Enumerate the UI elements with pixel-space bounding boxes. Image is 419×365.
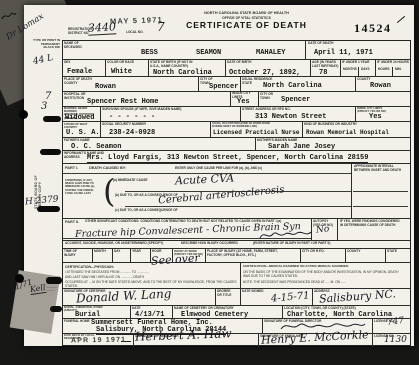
index-tab bbox=[43, 116, 61, 122]
local-no-label: LOCAL NO. bbox=[126, 31, 143, 35]
row-hospital: HOSPITAL OR INSTITUTION Spencer Rest Hom… bbox=[63, 92, 410, 107]
punch-hole bbox=[15, 274, 24, 283]
res-city-value: Spencer bbox=[281, 96, 310, 104]
field-cemetery-location: LOCATION (CITY, TOWN, OR COUNTY) (STATE)… bbox=[283, 306, 410, 318]
field-informant: INFORMANT'S NAME AND ADDRESS Mrs. Lloyd … bbox=[63, 151, 410, 163]
field-citizen: CITIZEN OF WHAT COUNTRY U. S. A. bbox=[63, 122, 101, 137]
embalmer-sig-label: SIGNATURE OF EMBALMER bbox=[260, 335, 303, 339]
field-director-signature: SIGNATURE OF FUNERAL DIRECTOR bbox=[263, 319, 373, 333]
dod-value: April 11, 1971 bbox=[314, 49, 373, 57]
sex-value: Female bbox=[67, 68, 92, 76]
field-injury-at-work: INJURY AT WORK (SPECIFY YES OR NO) bbox=[173, 249, 206, 262]
field-mother: MOTHER'S MAIDEN NAME Sarah Jane Josey bbox=[256, 138, 410, 150]
director-sig-label: SIGNATURE OF FUNERAL DIRECTOR bbox=[264, 320, 321, 324]
part1-label: PART I. bbox=[65, 166, 78, 171]
field-certifier-address: ADDRESS bbox=[313, 289, 410, 305]
field-age: AGE (IN YEARS LAST BIRTHDAY) 78 bbox=[311, 60, 341, 76]
field-date-of-birth: DATE OF BIRTH October 27, 1892, bbox=[226, 60, 311, 76]
scanned-death-certificate: TYPE OR PRINT IN PERMANENT BLACK INK MAY… bbox=[0, 0, 419, 365]
field-accident: ACCIDENT, SUICIDE, HOMICIDE, OR UNDETERM… bbox=[63, 241, 410, 248]
certificate-paper: TYPE OR PRINT IN PERMANENT BLACK INK MAY… bbox=[24, 5, 414, 346]
u1-months-label: MONTHS bbox=[343, 68, 357, 72]
pod-label: PLACE OF DEATH COUNTY bbox=[64, 78, 92, 86]
row-citizen: CITIZEN OF WHAT COUNTRY U. S. A. SOCIAL … bbox=[63, 122, 410, 138]
field-residence-state: USUAL RESIDENCE STATE North Carolina bbox=[241, 77, 356, 91]
field-father: FATHER'S NAME O. C. Seamon bbox=[63, 138, 256, 150]
field-funeral-home: FUNERAL HOME Summersett Funeral Home, In… bbox=[63, 319, 263, 333]
cemetery-value: Elmwood Cemetery bbox=[181, 311, 248, 319]
cause-a-label: (a) IMMEDIATE CAUSE bbox=[113, 179, 147, 183]
cause-b-value: Cerebral arteriosclerosis bbox=[158, 185, 285, 207]
pod-city-value: Spencer bbox=[209, 83, 238, 91]
field-injury-day: DAY bbox=[113, 249, 131, 262]
industry-label: KIND OF BUSINESS OR INDUSTRY bbox=[304, 123, 357, 127]
res-state-value: North Carolina bbox=[263, 82, 322, 90]
u1-divider bbox=[358, 67, 359, 76]
spouse-label: SURVIVING SPOUSE (IF WIFE, GIVE MAIDEN N… bbox=[102, 108, 181, 112]
u24-hours-label: HOURS bbox=[378, 68, 390, 72]
margin-mark-3: 3 bbox=[41, 101, 47, 112]
row-name: NAME OF DECEASED BESS SEAMON MAHALEY DAT… bbox=[63, 41, 410, 60]
row-registrar: DATE REC'D BY LOCAL REGISTRAR SIGNATURE … bbox=[63, 334, 410, 347]
u24-divider bbox=[392, 67, 393, 76]
field-sex: SEX Female bbox=[63, 60, 106, 76]
icl2-value: Yes bbox=[369, 113, 382, 121]
year-label: YEAR bbox=[132, 250, 141, 254]
index-tab bbox=[46, 277, 62, 284]
row-certifier-signature: SIGNATURE OF CERTIFIER DEGREE OR TITLE D… bbox=[63, 289, 410, 306]
hospital-value: Spencer Rest Home bbox=[87, 98, 158, 106]
registrar-sig-label: SIGNATURE OF REGISTRAR bbox=[135, 335, 179, 339]
physician-cert-line3: OCCURRED AT ....M ON THE DATE STATED ABO… bbox=[65, 281, 237, 289]
citizen-value: U. S. A. bbox=[66, 129, 100, 137]
field-cause-of-death: PART I. DEATH CAUSED BY: ENTER ONLY ONE … bbox=[63, 164, 410, 218]
cause-c-label: (c) DUE TO, OR AS A CONSEQUENCE OF bbox=[115, 209, 178, 213]
date-signed-label: DATE SIGNED bbox=[242, 290, 264, 294]
field-inside-limits-2: INSIDE CITY LIMITS (SPECIFY YES OR NO) Y… bbox=[356, 107, 410, 121]
row-certification: CERTIFICATION—PHYSICIAN: I ATTENDED THE … bbox=[63, 263, 410, 289]
bstate-label: STATE OF BIRTH (IF NOT IN U.S.A., NAME C… bbox=[150, 61, 192, 69]
pen-slash bbox=[397, 16, 405, 23]
row-funeral-home: FUNERAL HOME Summersett Funeral Home, In… bbox=[63, 319, 410, 334]
row-injury-detail: TIME OF INJURY MONTH DAY YEAR HOUR INJUR… bbox=[63, 249, 410, 263]
industry-value: Rowan Memorial Hospital bbox=[306, 129, 389, 136]
informant-value: Mrs. Lloyd Fargis, 313 Newton Street, Sp… bbox=[87, 154, 368, 163]
burial-type-value: Burial bbox=[75, 311, 100, 319]
place-label: PLACE OF INJURY (AT HOME, FARM, STREET, … bbox=[207, 250, 278, 258]
field-injury-year: YEAR bbox=[131, 249, 151, 262]
row-marital: MARRIED, NEVER MARRIED, WIDOWED, DIVORCE… bbox=[63, 107, 410, 122]
row-vitals: SEX Female COLOR OR RACE White STATE OF … bbox=[63, 60, 410, 77]
field-director-license: LICENSE NO. bbox=[373, 319, 410, 333]
field-state-of-birth: STATE OF BIRTH (IF NOT IN U.S.A., NAME C… bbox=[149, 60, 226, 76]
row-cause-part2: PART II. OTHER SIGNIFICANT CONDITIONS: C… bbox=[63, 219, 410, 241]
field-hospital: HOSPITAL OR INSTITUTION Spencer Rest Hom… bbox=[63, 92, 231, 106]
embalmer-license-label: LICENSE NO. bbox=[374, 335, 394, 339]
certifier-sig-label: SIGNATURE OF CERTIFIER bbox=[64, 290, 106, 294]
interval-line-a bbox=[353, 191, 408, 192]
interval-label: APPROXIMATE INTERVAL BETWEEN ONSET AND D… bbox=[354, 165, 406, 173]
mother-value: Sarah Jane Josey bbox=[268, 143, 335, 151]
margin-mark-1: 44 L bbox=[32, 53, 54, 67]
field-embalmer-license: LICENSE NO. bbox=[373, 334, 410, 347]
field-date-received: DATE REC'D BY LOCAL REGISTRAR bbox=[63, 334, 134, 347]
field-death-city: CITY OF TOWN Spencer bbox=[199, 77, 241, 91]
location-value: Charlotte, North Carolina bbox=[287, 311, 392, 319]
field-date-signed: DATE SIGNED bbox=[241, 289, 313, 305]
res-city-label: CITY OR TOWN bbox=[260, 93, 273, 101]
tab-caption-line bbox=[46, 287, 57, 288]
punch-hole bbox=[19, 110, 28, 119]
month-label: MONTH bbox=[94, 250, 106, 254]
field-embalmer-signature: SIGNATURE OF EMBALMER bbox=[259, 334, 373, 347]
certificate-title: CERTIFICATE OF DEATH bbox=[144, 20, 349, 30]
street-label: STREET ADDRESS OR RFD NO. bbox=[242, 108, 291, 112]
funeral-home-label: FUNERAL HOME bbox=[64, 320, 90, 324]
registration-district-value: 3440 bbox=[88, 20, 117, 35]
field-burial-type: BURIAL, CREMATION, OTHER (SPECIFY) Buria… bbox=[63, 306, 131, 318]
u24-min-label: MIN. bbox=[395, 68, 402, 72]
field-degree: DEGREE OR TITLE bbox=[216, 289, 241, 305]
u1-days-label: DAYS bbox=[361, 68, 370, 72]
field-residence-county: COUNTY Rowan bbox=[356, 77, 410, 91]
field-other-conditions: PART II. OTHER SIGNIFICANT CONDITIONS: C… bbox=[63, 219, 410, 240]
field-certification-physician: CERTIFICATION—PHYSICIAN: I ATTENDED THE … bbox=[63, 263, 241, 288]
field-certification-examiner: CERTIFICATION—MEDICAL EXAMINER OR ACTING… bbox=[241, 263, 410, 288]
field-race: COLOR OR RACE White bbox=[106, 60, 149, 76]
bstate-value: North Carolina bbox=[153, 69, 212, 77]
field-injury-month: MONTH bbox=[93, 249, 113, 262]
field-cemetery: NAME OF CEMETERY OR CREMATORY Elmwood Ce… bbox=[173, 306, 283, 318]
field-industry: KIND OF BUSINESS OR INDUSTRY Rowan Memor… bbox=[303, 122, 410, 137]
field-time-of-injury: TIME OF INJURY bbox=[63, 249, 93, 262]
age-label: AGE (IN YEARS LAST BIRTHDAY) bbox=[312, 61, 338, 69]
injury-state-label: STATE bbox=[387, 250, 397, 254]
autopsy-value: No bbox=[316, 224, 330, 235]
ssn-value: 238-24-0928 bbox=[109, 129, 155, 137]
field-under-1-year: IF UNDER 1 YEAR MONTHS DAYS bbox=[341, 60, 376, 76]
interval-column-divider bbox=[351, 164, 352, 218]
one-cause-note: ENTER ONLY ONE CAUSE PER LINE FOR (a), (… bbox=[175, 167, 262, 171]
date-received-label: DATE REC'D BY LOCAL REGISTRAR bbox=[64, 334, 95, 340]
toi-label: TIME OF INJURY bbox=[64, 250, 77, 258]
injury-county-label: COUNTY bbox=[347, 250, 360, 254]
physician-cert-title: CERTIFICATION—PHYSICIAN: bbox=[65, 265, 114, 269]
caused-by-label: DEATH CAUSED BY: bbox=[89, 166, 126, 171]
examiner-cert-line1: ON THE BASIS OF THE EXAMINATION OF THE B… bbox=[243, 271, 403, 279]
field-residence-city: CITY OR TOWN Spencer bbox=[259, 92, 410, 106]
row-cause-part1: PART I. DEATH CAUSED BY: ENTER ONLY ONE … bbox=[63, 164, 410, 219]
field-spouse: SURVIVING SPOUSE (IF WIFE, GIVE MAIDEN N… bbox=[101, 107, 241, 121]
findings-label: IF YES, WERE FINDINGS CONSIDERED IN DETE… bbox=[340, 220, 406, 228]
res-county-value: Rowan bbox=[370, 82, 391, 90]
conditions-note: CONDITIONS, IF ANY, WHICH GAVE RISE TO I… bbox=[65, 179, 103, 195]
row-informant: INFORMANT'S NAME AND ADDRESS Mrs. Lloyd … bbox=[63, 151, 410, 164]
injury-city-label: CITY OR R.F.D. bbox=[302, 250, 325, 254]
sex-label: SEX bbox=[64, 61, 70, 65]
nature-injury-label: (ENTER NATURE OF INJURY IN PART I OR PAR… bbox=[253, 242, 330, 246]
print-instruction: TYPE OR PRINT IN PERMANENT BLACK INK bbox=[28, 39, 60, 50]
examiner-cert-title: CERTIFICATION—MEDICAL EXAMINER OR ACTING… bbox=[243, 265, 349, 269]
index-tab bbox=[40, 149, 61, 155]
field-date-of-death: DATE OF DEATH April 11, 1971 bbox=[306, 41, 410, 59]
field-ssn: SOCIAL SECURITY NUMBER 238-24-0928 bbox=[101, 122, 211, 137]
icl1-value: Yes bbox=[237, 98, 250, 106]
res-county-label: COUNTY bbox=[357, 78, 370, 82]
accident-label: ACCIDENT, SUICIDE, HOMICIDE, OR UNDETERM… bbox=[65, 242, 163, 246]
certificate-number: 14524 bbox=[354, 21, 392, 36]
autopsy-divider-right bbox=[337, 219, 338, 240]
age-value: 78 bbox=[319, 69, 327, 77]
burial-date-value: 4/13/71 bbox=[135, 311, 164, 319]
u1-label: IF UNDER 1 YEAR bbox=[342, 61, 369, 65]
how-injury-label: DESCRIBE HOW INJURY OCCURRED bbox=[181, 242, 238, 246]
hour-label: HOUR bbox=[152, 250, 161, 254]
tab-caption-line bbox=[46, 290, 55, 291]
father-value: O. C. Seamon bbox=[71, 143, 121, 151]
row-accident: ACCIDENT, SUICIDE, HOMICIDE, OR UNDETERM… bbox=[63, 241, 410, 249]
field-marital: MARRIED, NEVER MARRIED, WIDOWED, DIVORCE… bbox=[63, 107, 101, 121]
field-injury-hour: HOUR bbox=[151, 249, 173, 262]
field-name: NAME OF DECEASED BESS SEAMON MAHALEY bbox=[63, 41, 306, 59]
name-first: BESS bbox=[141, 49, 158, 57]
form-header: NORTH CAROLINA STATE BOARD OF HEALTH OFF… bbox=[144, 11, 349, 30]
field-injury-state: STATE bbox=[386, 249, 410, 262]
street-value: 313 Newton Street bbox=[255, 113, 326, 121]
ssn-label: SOCIAL SECURITY NUMBER bbox=[102, 123, 146, 127]
field-registrar-signature: SIGNATURE OF REGISTRAR bbox=[134, 334, 259, 347]
name-label: NAME OF DECEASED bbox=[64, 42, 82, 50]
field-injury-city: CITY OR R.F.D. bbox=[301, 249, 346, 262]
name-middle: SEAMON bbox=[196, 49, 221, 57]
field-certifier-signature: SIGNATURE OF CERTIFIER bbox=[63, 289, 216, 305]
field-injury-county: COUNTY bbox=[346, 249, 386, 262]
field-occupation: USUAL OCCUPATION (KIND OF WORK DONE DURI… bbox=[211, 122, 303, 137]
occupation-label: USUAL OCCUPATION (KIND OF WORK DONE DURI… bbox=[212, 122, 270, 128]
field-under-24-hours: IF UNDER 24 HOURS HOURS MIN. bbox=[376, 60, 410, 76]
field-inside-limits-1: INSIDE CITY LIMITS Yes bbox=[231, 92, 259, 106]
part2-label: PART II. bbox=[65, 220, 79, 225]
work-label: INJURY AT WORK (SPECIFY YES OR NO) bbox=[174, 250, 203, 256]
day-label: DAY bbox=[114, 250, 120, 254]
interval-line-b bbox=[353, 206, 408, 207]
occupation-value: Licensed Practical Nurse bbox=[213, 129, 299, 136]
name-last: MAHALEY bbox=[256, 49, 285, 57]
cause-a-value: Acute CVA bbox=[175, 171, 235, 187]
race-label: COLOR OR RACE bbox=[107, 61, 134, 65]
examiner-cert-line2: NOTE: THE DECEDENT WAS PRONOUNCED DEAD A… bbox=[243, 281, 346, 285]
marital-value: Widowed bbox=[65, 114, 94, 122]
degree-label: DEGREE OR TITLE bbox=[217, 290, 232, 298]
index-tab bbox=[37, 206, 60, 212]
field-burial-date: DATE 4/13/71 bbox=[131, 306, 173, 318]
field-street: STREET ADDRESS OR RFD NO. 313 Newton Str… bbox=[241, 107, 356, 121]
index-tab bbox=[50, 306, 62, 312]
field-death-county: PLACE OF DEATH COUNTY Rowan bbox=[63, 77, 199, 91]
spouse-value: - - - - - - bbox=[109, 113, 155, 121]
dob-label: DATE OF BIRTH bbox=[227, 61, 251, 65]
hospital-label: HOSPITAL OR INSTITUTION bbox=[64, 93, 86, 101]
dod-label: DATE OF DEATH bbox=[308, 42, 333, 46]
address-label: ADDRESS bbox=[314, 290, 330, 294]
u24-label: IF UNDER 24 HOURS bbox=[377, 61, 409, 65]
field-place-of-injury: PLACE OF INJURY (AT HOME, FARM, STREET, … bbox=[206, 249, 301, 262]
director-license-label: LICENSE NO. bbox=[374, 320, 394, 324]
race-value: White bbox=[111, 68, 132, 76]
certificate-form: NAME OF DECEASED BESS SEAMON MAHALEY DAT… bbox=[62, 40, 411, 346]
pod-county-value: Rowan bbox=[95, 83, 116, 91]
row-parents: FATHER'S NAME O. C. Seamon MOTHER'S MAID… bbox=[63, 138, 410, 151]
dob-value: October 27, 1892, bbox=[229, 69, 300, 77]
row-disposition: BURIAL, CREMATION, OTHER (SPECIFY) Buria… bbox=[63, 306, 410, 319]
corner-scribble bbox=[1, 10, 17, 22]
row-place: PLACE OF DEATH COUNTY Rowan CITY OF TOWN… bbox=[63, 77, 410, 92]
